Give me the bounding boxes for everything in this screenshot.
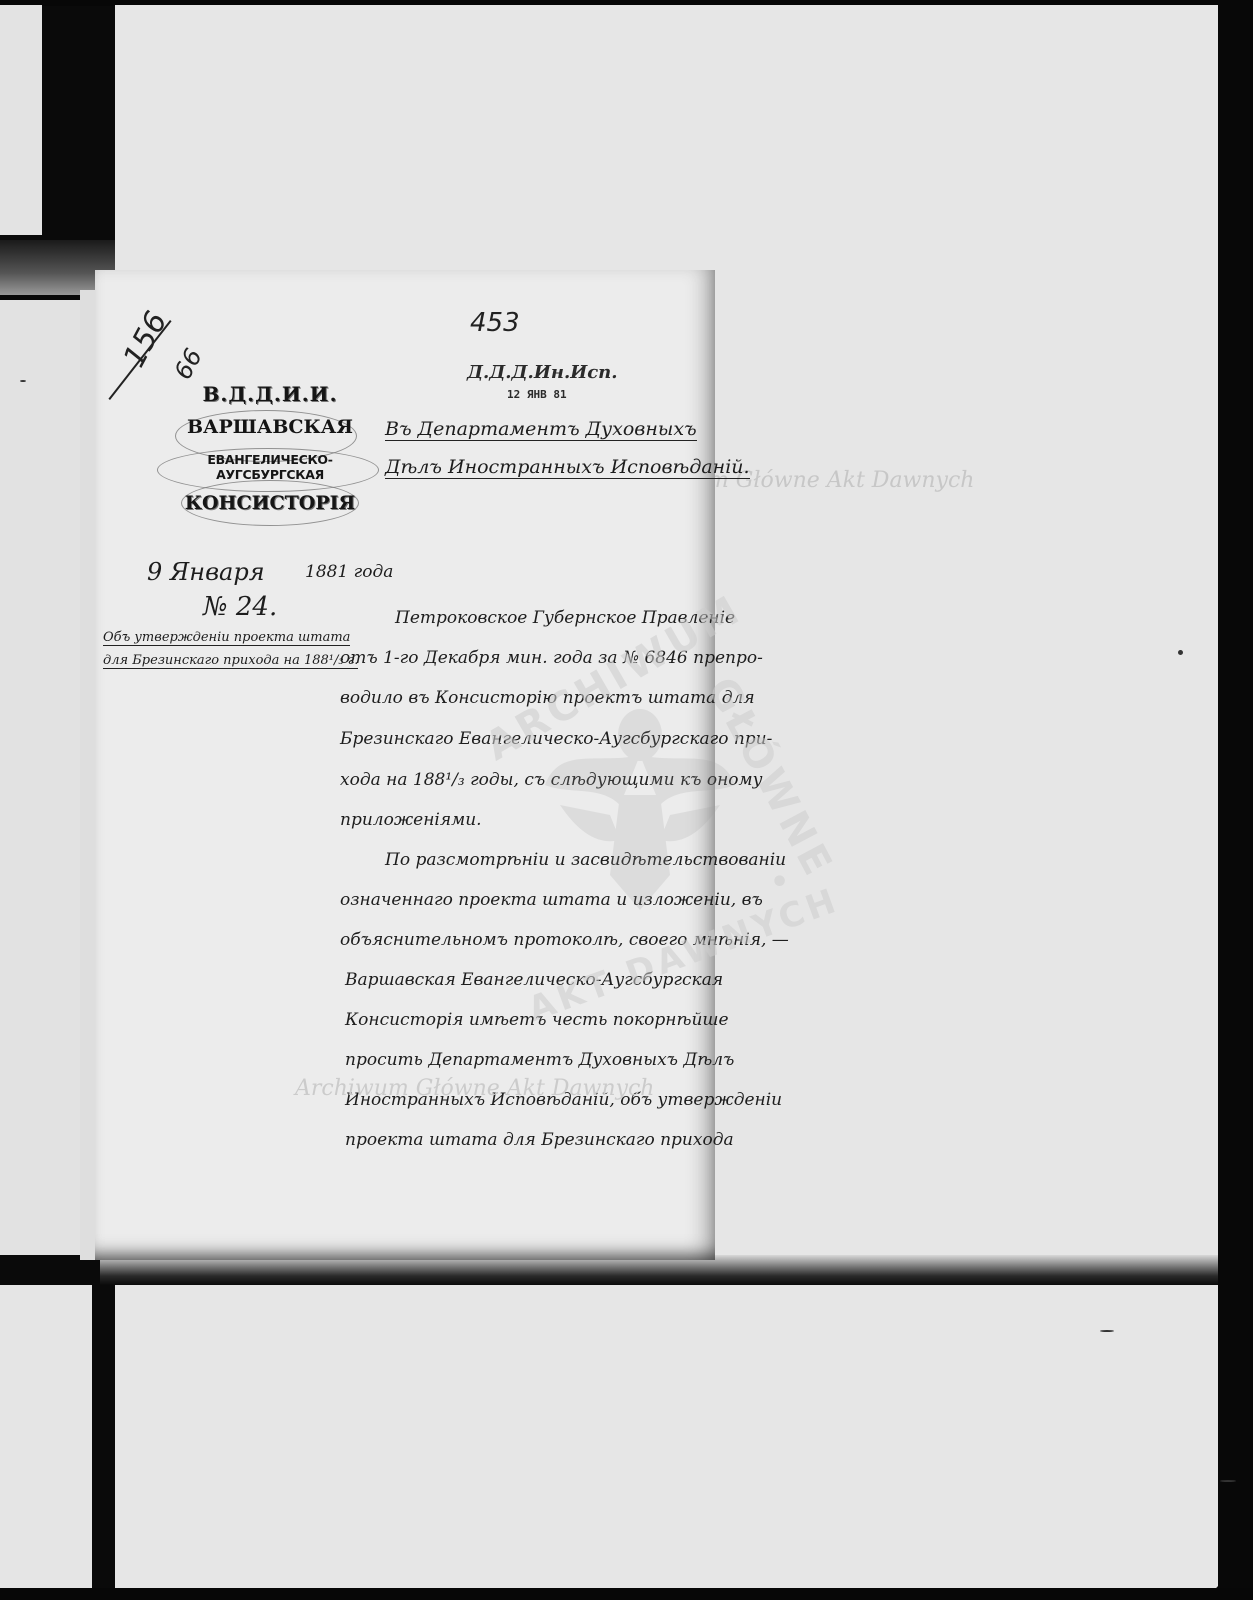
archive-watermark-text: Archiwum Główne Akt Dawnych [295, 1076, 654, 1101]
document-number: № 24. [203, 592, 277, 622]
background-sheet-left-bottom [0, 1285, 92, 1590]
addressee-line-1: Въ Департаментъ Духовныхъ [385, 418, 697, 441]
scan-right-border [1218, 0, 1253, 1600]
archive-seal-watermark: ARCHIWUM GŁÓWNE AKT DAWNYCH • [430, 615, 850, 1055]
letterhead-denomination: ЕВАНГЕЛИЧЕСКО-АУГСБУРГСКАЯ [155, 452, 385, 482]
scan-bottom-border [0, 1588, 1253, 1600]
body-line: проекта штата для Брезинскаго прихода [345, 1130, 734, 1150]
adjacent-page-edge [0, 300, 82, 1255]
folio-number: 453 [470, 308, 520, 338]
dust-speck [1100, 1330, 1114, 1332]
subject-line-1: Объ утвержденіи проекта штата [103, 630, 350, 646]
receipt-stamp-office: Д.Д.Д.Ин.Исп. [467, 362, 618, 383]
reference-number-sub: 66 [169, 344, 208, 384]
receipt-stamp-date: 12 ЯНВ 81 [507, 388, 567, 401]
dust-speck [20, 380, 26, 382]
seal-separator: • [770, 865, 793, 900]
addressee-line-2: Дѣлъ Иностранныхъ Исповѣданій. [385, 456, 750, 479]
letterhead-city: ВАРШАВСКАЯ [155, 416, 385, 438]
dust-speck [1178, 650, 1183, 655]
letterhead: В.Д.Д.И.И. ВАРШАВСКАЯ ЕВАНГЕЛИЧЕСКО-АУГС… [155, 382, 385, 514]
dust-speck [1220, 1480, 1236, 1482]
letterhead-abbreviation: В.Д.Д.И.И. [155, 382, 385, 406]
background-sheet-left-top [0, 5, 42, 235]
document-year: 1881 года [305, 562, 393, 582]
subject-line-2: для Брезинскаго прихода на 188¹/₃ г. [103, 653, 358, 669]
body-line: просить Департаментъ Духовныхъ Дѣлъ [345, 1050, 734, 1070]
letterhead-consistory: КОНСИСТОРІЯ [155, 492, 385, 514]
document-date: 9 Января [147, 558, 265, 586]
reference-number-main: 156 [117, 306, 175, 373]
